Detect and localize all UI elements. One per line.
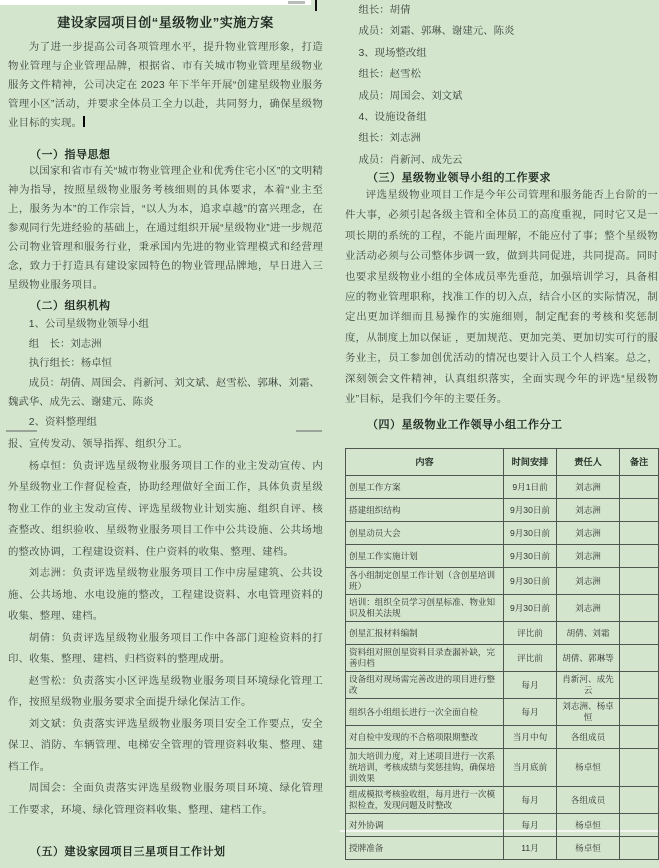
cell-owner: 刘志洲 [557,522,620,545]
heading-work-division: （四）星级物业工作领导小组工作分工 [345,416,658,432]
table-row: 资料组对照创星资料目录查漏补缺，完善归档 评比前 胡倩、郭琳等 [346,645,659,672]
cell-schedule: 评比前 [504,622,557,645]
cell-owner: 胡倩、郭琳等 [557,645,620,672]
cell-task: 创星汇报材料编制 [346,622,504,645]
table-row: 对自检中发现的不合格项限期整改 当月中旬 各组成员 [346,726,659,749]
cell-task: 设备组对现场需完善改进的项目进行整改 [346,672,504,699]
cell-owner: 刘志洲 [557,476,620,499]
table-header-row: 内容时间安排责任人备注 [346,449,659,476]
duty-paragraph: 周国会：全面负责落实评选星级物业服务项目环境、绿化管理工作要求，环境、绿化管理资… [8,778,323,821]
cell-task: 对自检中发现的不合格项限期整改 [346,726,504,749]
cell-task: 加大培训力度，对上述项目进行一次系统培训，考核成绩与奖惩挂钩，确保培训效果 [346,749,504,787]
cell-schedule: 9月1日前 [504,476,557,499]
duty-paragraphs: 杨卓恒：负责评选星级物业服务项目工作的业主发动宣传、内外星级物业工作督促检查，协… [8,456,323,822]
cell-note [620,749,659,787]
cell-task: 组织各小组组长进行一次全面自检 [346,699,504,726]
requirements-paragraph: 评选星级物业项目工作是今年公司管理和服务能否上台阶的一件大事，必须引起各级主管和… [345,186,658,410]
cell-note [620,568,659,595]
carryover-line: 报、宣传发动、领导指挥、组织分工。 [8,434,323,456]
cell-owner: 杨卓恒 [557,837,620,860]
cell-schedule: 9月30日前 [504,499,557,522]
duty-paragraph: 赵雪松：负责落实小区评选星级物业服务项目环境绿化管理工作，按照星级物业服务要求全… [8,671,323,714]
heading-work-requirements: （三）星级物业领导小组的工作要求 [345,169,658,185]
cell-task: 对外协调 [346,814,504,837]
cell-owner: 刘志洲 [557,545,620,568]
table-row: 搭建组织结构 9月30日前 刘志洲 [346,499,659,522]
cell-owner: 肖新河、成先云 [557,672,620,699]
cell-note [620,699,659,726]
heading-organization: （二）组织机构 [8,297,323,313]
text-cursor [83,116,85,127]
intro-paragraph: 为了进一步提高公司各项管理水平，提升物业管理形象，打造物业管理与企业管理品牌，根… [8,38,323,133]
cell-owner: 杨卓恒 [557,749,620,787]
duty-paragraph: 杨卓恒：负责评选星级物业服务项目工作的业主发动宣传、内外星级物业工作督促检查，协… [8,456,323,564]
cell-schedule: 当月中旬 [504,726,557,749]
organization-line: 1、公司星级物业领导小组 [8,315,323,335]
cell-schedule: 每月 [504,699,557,726]
heading-three-star-plan: （五）建设家园项目三星项目工作计划 [8,843,323,859]
cell-note [620,545,659,568]
intro-text: 为了进一步提高公司各项管理水平，提升物业管理形象，打造物业管理与企业管理品牌，根… [8,42,323,129]
guiding-paragraph: 以国家和省市有关“城市物业管理企业和优秀住宅小区”的文明精神为指导，按照星级物业… [8,162,323,295]
cell-task: 各小组制定创星工作计划（含创星培训班） [346,568,504,595]
table-header-cell: 内容 [346,449,504,476]
cell-owner: 杨卓恒 [557,814,620,837]
cell-task: 创星工作方案 [346,476,504,499]
cell-note [620,814,659,837]
page3-block: 报、宣传发动、领导指挥、组织分工。 杨卓恒：负责评选星级物业服务项目工作的业主发… [8,434,323,821]
table-row: 创星动员大会 9月30日前 刘志洲 [346,522,659,545]
organization-line: 组 长：刘志洲 [8,335,323,355]
cell-task: 创星工作实施计划 [346,545,504,568]
document-title: 建设家园项目创“星级物业”实施方案 [8,12,323,31]
table-row: 加大培训力度，对上述项目进行一次系统培训，考核成绩与奖惩挂钩，确保培训效果 当月… [346,749,659,787]
cell-note [620,837,659,860]
cell-owner: 各组成员 [557,787,620,814]
heading-guiding-ideas: （一）指导思想 [8,146,323,162]
cell-owner: 刘志洲、杨卓恒 [557,699,620,726]
cell-task: 培训：组织全员学习创星标准、物业知识及相关法规 [346,595,504,622]
table-row: 创星汇报材料编制 评比前 胡倩、刘霜 [346,622,659,645]
duty-paragraph: 刘文斌：负责落实评选星级物业服务项目安全工作要点，安全保卫、消防、车辆管理、电梯… [8,714,323,779]
cell-note [620,787,659,814]
cell-owner: 刘志洲 [557,595,620,622]
organization-line: 3、现场整改组 [345,43,658,64]
organization-list-continued: 组长：胡倩成员：刘霜、郭琳、谢建元、陈炎3、现场整改组组长：赵雪松成员：周国会、… [345,0,658,171]
cell-schedule: 9月30日前 [504,568,557,595]
cell-task: 授牌准备 [346,837,504,860]
page-top-gap [0,0,311,5]
page-top-dash [288,1,305,4]
cell-task: 创星动员大会 [346,522,504,545]
duty-paragraph: 刘志洲：负责评选星级物业服务项目工作中房屋建筑、公共设施、公共场地、水电设施的整… [8,563,323,628]
duty-paragraph: 胡倩：负责评选星级物业服务项目工作中各部门迎检资料的打印、收集、整理、建档、归档… [8,628,323,671]
cell-owner: 刘志洲 [557,568,620,595]
table-header-cell: 时间安排 [504,449,557,476]
table-row: 创星工作实施计划 9月30日前 刘志洲 [346,545,659,568]
document-canvas: { "colors": { "page_bg": "#d3e5cd", "tex… [0,0,659,868]
organization-line: 组长：胡倩 [345,0,658,21]
organization-line: 组长：刘志洲 [345,128,658,149]
table-row: 创星工作方案 9月1日前 刘志洲 [346,476,659,499]
table-header-cell: 责任人 [557,449,620,476]
table-body: 创星工作方案 9月1日前 刘志洲 搭建组织结构 9月30日前 刘志洲 创星动员大 [346,476,659,860]
organization-line: 执行组长：杨卓恒 [8,354,323,374]
table-row: 设备组对现场需完善改进的项目进行整改 每月 肖新河、成先云 [346,672,659,699]
organization-line: 4、设施设备组 [345,107,658,128]
table-row: 对外协调 每月 杨卓恒 [346,814,659,837]
cell-task: 组成模拟考核验收组，每月进行一次模拟检查，发现问题及时整改 [346,787,504,814]
organization-line: 成员：周国会、刘文斌 [345,86,658,107]
cell-note [620,645,659,672]
cell-task: 资料组对照创星资料目录查漏补缺，完善归档 [346,645,504,672]
cell-note [620,595,659,622]
table-row: 各小组制定创星工作计划（含创星培训班） 9月30日前 刘志洲 [346,568,659,595]
cell-schedule: 每月 [504,814,557,837]
cell-owner: 各组成员 [557,726,620,749]
cell-schedule: 当月底前 [504,749,557,787]
cell-schedule: 9月30日前 [504,545,557,568]
table-row: 组织各小组组长进行一次全面自检 每月 刘志洲、杨卓恒 [346,699,659,726]
cell-note [620,622,659,645]
cell-note [620,522,659,545]
cell-note [620,726,659,749]
cell-note [620,672,659,699]
organization-line: 2、资料整理组 [8,413,323,433]
cell-note [620,476,659,499]
organization-line: 成员：刘霜、郭琳、谢建元、陈炎 [345,21,658,42]
cell-owner: 胡倩、刘霜 [557,622,620,645]
cell-owner: 刘志洲 [557,499,620,522]
organization-list: 1、公司星级物业领导小组组 长：刘志洲执行组长：杨卓恒成员：胡倩、周国会、肖新河… [8,315,323,432]
cell-schedule: 9月30日前 [504,522,557,545]
organization-line: 成员：胡倩、周国会、肖新河、刘文斌、赵雪松、郭琳、刘霜、魏武华、成先云、谢建元、… [8,374,323,413]
organization-line: 组长：赵雪松 [345,64,658,85]
cell-note [620,499,659,522]
table-row: 授牌准备 11月 杨卓恒 [346,837,659,860]
cell-schedule: 评比前 [504,645,557,672]
cell-schedule: 每月 [504,672,557,699]
work-division-table: 内容时间安排责任人备注 创星工作方案 9月1日前 刘志洲 搭建组织结构 9月30… [345,448,659,860]
cell-schedule: 11月 [504,837,557,860]
page-top-tick [315,0,317,11]
work-division-table-wrap: 内容时间安排责任人备注 创星工作方案 9月1日前 刘志洲 搭建组织结构 9月30… [345,448,658,860]
table-row: 组成模拟考核验收组，每月进行一次模拟检查，发现问题及时整改 每月 各组成员 [346,787,659,814]
table-row: 培训：组织全员学习创星标准、物业知识及相关法规 9月30日前 刘志洲 [346,595,659,622]
cell-schedule: 9月30日前 [504,595,557,622]
cell-task: 搭建组织结构 [346,499,504,522]
cell-schedule: 每月 [504,787,557,814]
table-header-cell: 备注 [620,449,659,476]
